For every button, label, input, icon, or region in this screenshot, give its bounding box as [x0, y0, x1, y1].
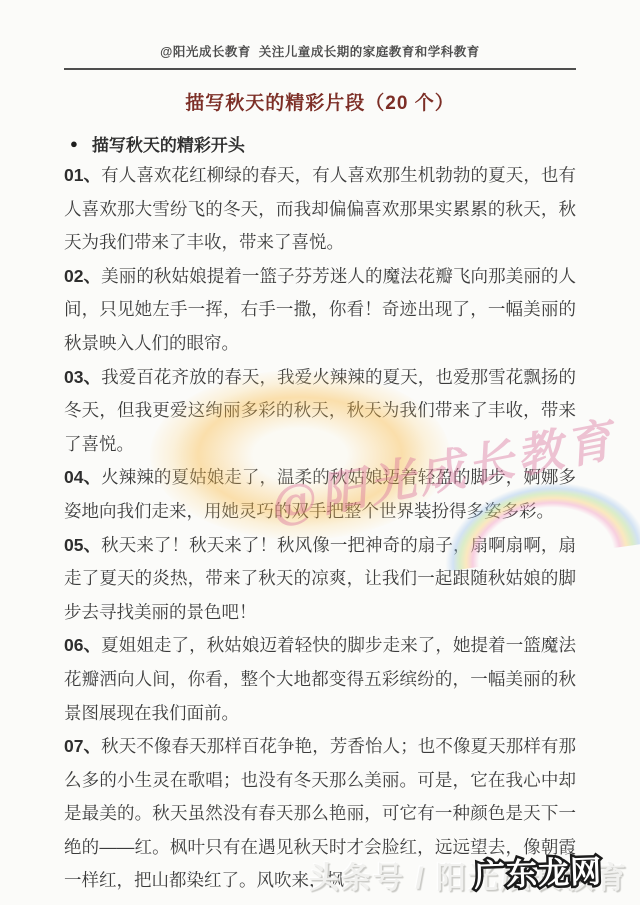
section-header: ● 描写秋天的精彩开头	[70, 131, 576, 156]
paragraph-text: 秋天不像春天那样百花争艳，芳香怡人；也不像夏天那样有那么多的小生灵在歌唱；也没有…	[64, 736, 576, 890]
paragraph-05: 05、秋天来了！秋天来了！秋风像一把神奇的扇子，扇啊扇啊，扇走了夏天的炎热，带来…	[64, 529, 576, 630]
paragraph-number: 04、	[64, 467, 101, 487]
paragraph-number: 01、	[64, 165, 101, 185]
paragraph-06: 06、夏姐姐走了，秋姑娘迈着轻快的脚步走来了，她提着一篮魔法花瓣洒向人间，你看，…	[64, 629, 576, 730]
header-divider	[64, 68, 576, 70]
paragraph-number: 05、	[64, 535, 101, 555]
paragraph-text: 美丽的秋姑娘提着一篮子芬芳迷人的魔法花瓣飞向那美丽的人间，只见她左手一挥，右手一…	[64, 266, 576, 353]
paragraph-number: 02、	[64, 266, 101, 286]
bullet-icon: ●	[70, 136, 78, 151]
paragraph-text: 秋天来了！秋天来了！秋风像一把神奇的扇子，扇啊扇啊，扇走了夏天的炎热，带来了秋天…	[64, 535, 576, 622]
paragraph-number: 07、	[64, 736, 101, 756]
paragraph-text: 火辣辣的夏姑娘走了，温柔的秋姑娘迈着轻盈的脚步，婀娜多姿地向我们走来，用她灵巧的…	[64, 467, 576, 521]
document-content: @阳光成长教育 关注儿童成长期的家庭教育和学科教育 描写秋天的精彩片段（20 个…	[0, 42, 640, 898]
paragraph-text: 夏姐姐走了，秋姑娘迈着轻快的脚步走来了，她提着一篮魔法花瓣洒向人间，你看，整个大…	[64, 635, 576, 722]
body-copy: 01、有人喜欢花红柳绿的春天，有人喜欢那生机勃勃的夏天，也有人喜欢那大雪纷飞的冬…	[64, 159, 576, 898]
page-title: 描写秋天的精彩片段（20 个）	[0, 88, 640, 115]
paragraph-text: 有人喜欢花红柳绿的春天，有人喜欢那生机勃勃的夏天，也有人喜欢那大雪纷飞的冬天，而…	[64, 165, 576, 252]
paragraph-03: 03、我爱百花齐放的春天，我爱火辣辣的夏天，也爱那雪花飘扬的冬天，但我更爱这绚丽…	[64, 361, 576, 462]
paragraph-02: 02、美丽的秋姑娘提着一篮子芬芳迷人的魔法花瓣飞向那美丽的人间，只见她左手一挥，…	[64, 260, 576, 361]
paragraph-text: 我爱百花齐放的春天，我爱火辣辣的夏天，也爱那雪花飘扬的冬天，但我更爱这绚丽多彩的…	[64, 367, 576, 454]
paragraph-number: 06、	[64, 635, 101, 655]
account-header: @阳光成长教育 关注儿童成长期的家庭教育和学科教育	[0, 42, 640, 60]
paragraph-04: 04、火辣辣的夏姑娘走了，温柔的秋姑娘迈着轻盈的脚步，婀娜多姿地向我们走来，用她…	[64, 461, 576, 528]
section-header-label: 描写秋天的精彩开头	[92, 131, 245, 156]
paragraph-number: 03、	[64, 367, 101, 387]
paragraph-01: 01、有人喜欢花红柳绿的春天，有人喜欢那生机勃勃的夏天，也有人喜欢那大雪纷飞的冬…	[64, 159, 576, 260]
paragraph-07: 07、秋天不像春天那样百花争艳，芳香怡人；也不像夏天那样有那么多的小生灵在歌唱；…	[64, 730, 576, 898]
document-page: @阳光成长教育 关注儿童成长期的家庭教育和学科教育 描写秋天的精彩片段（20 个…	[0, 0, 640, 905]
